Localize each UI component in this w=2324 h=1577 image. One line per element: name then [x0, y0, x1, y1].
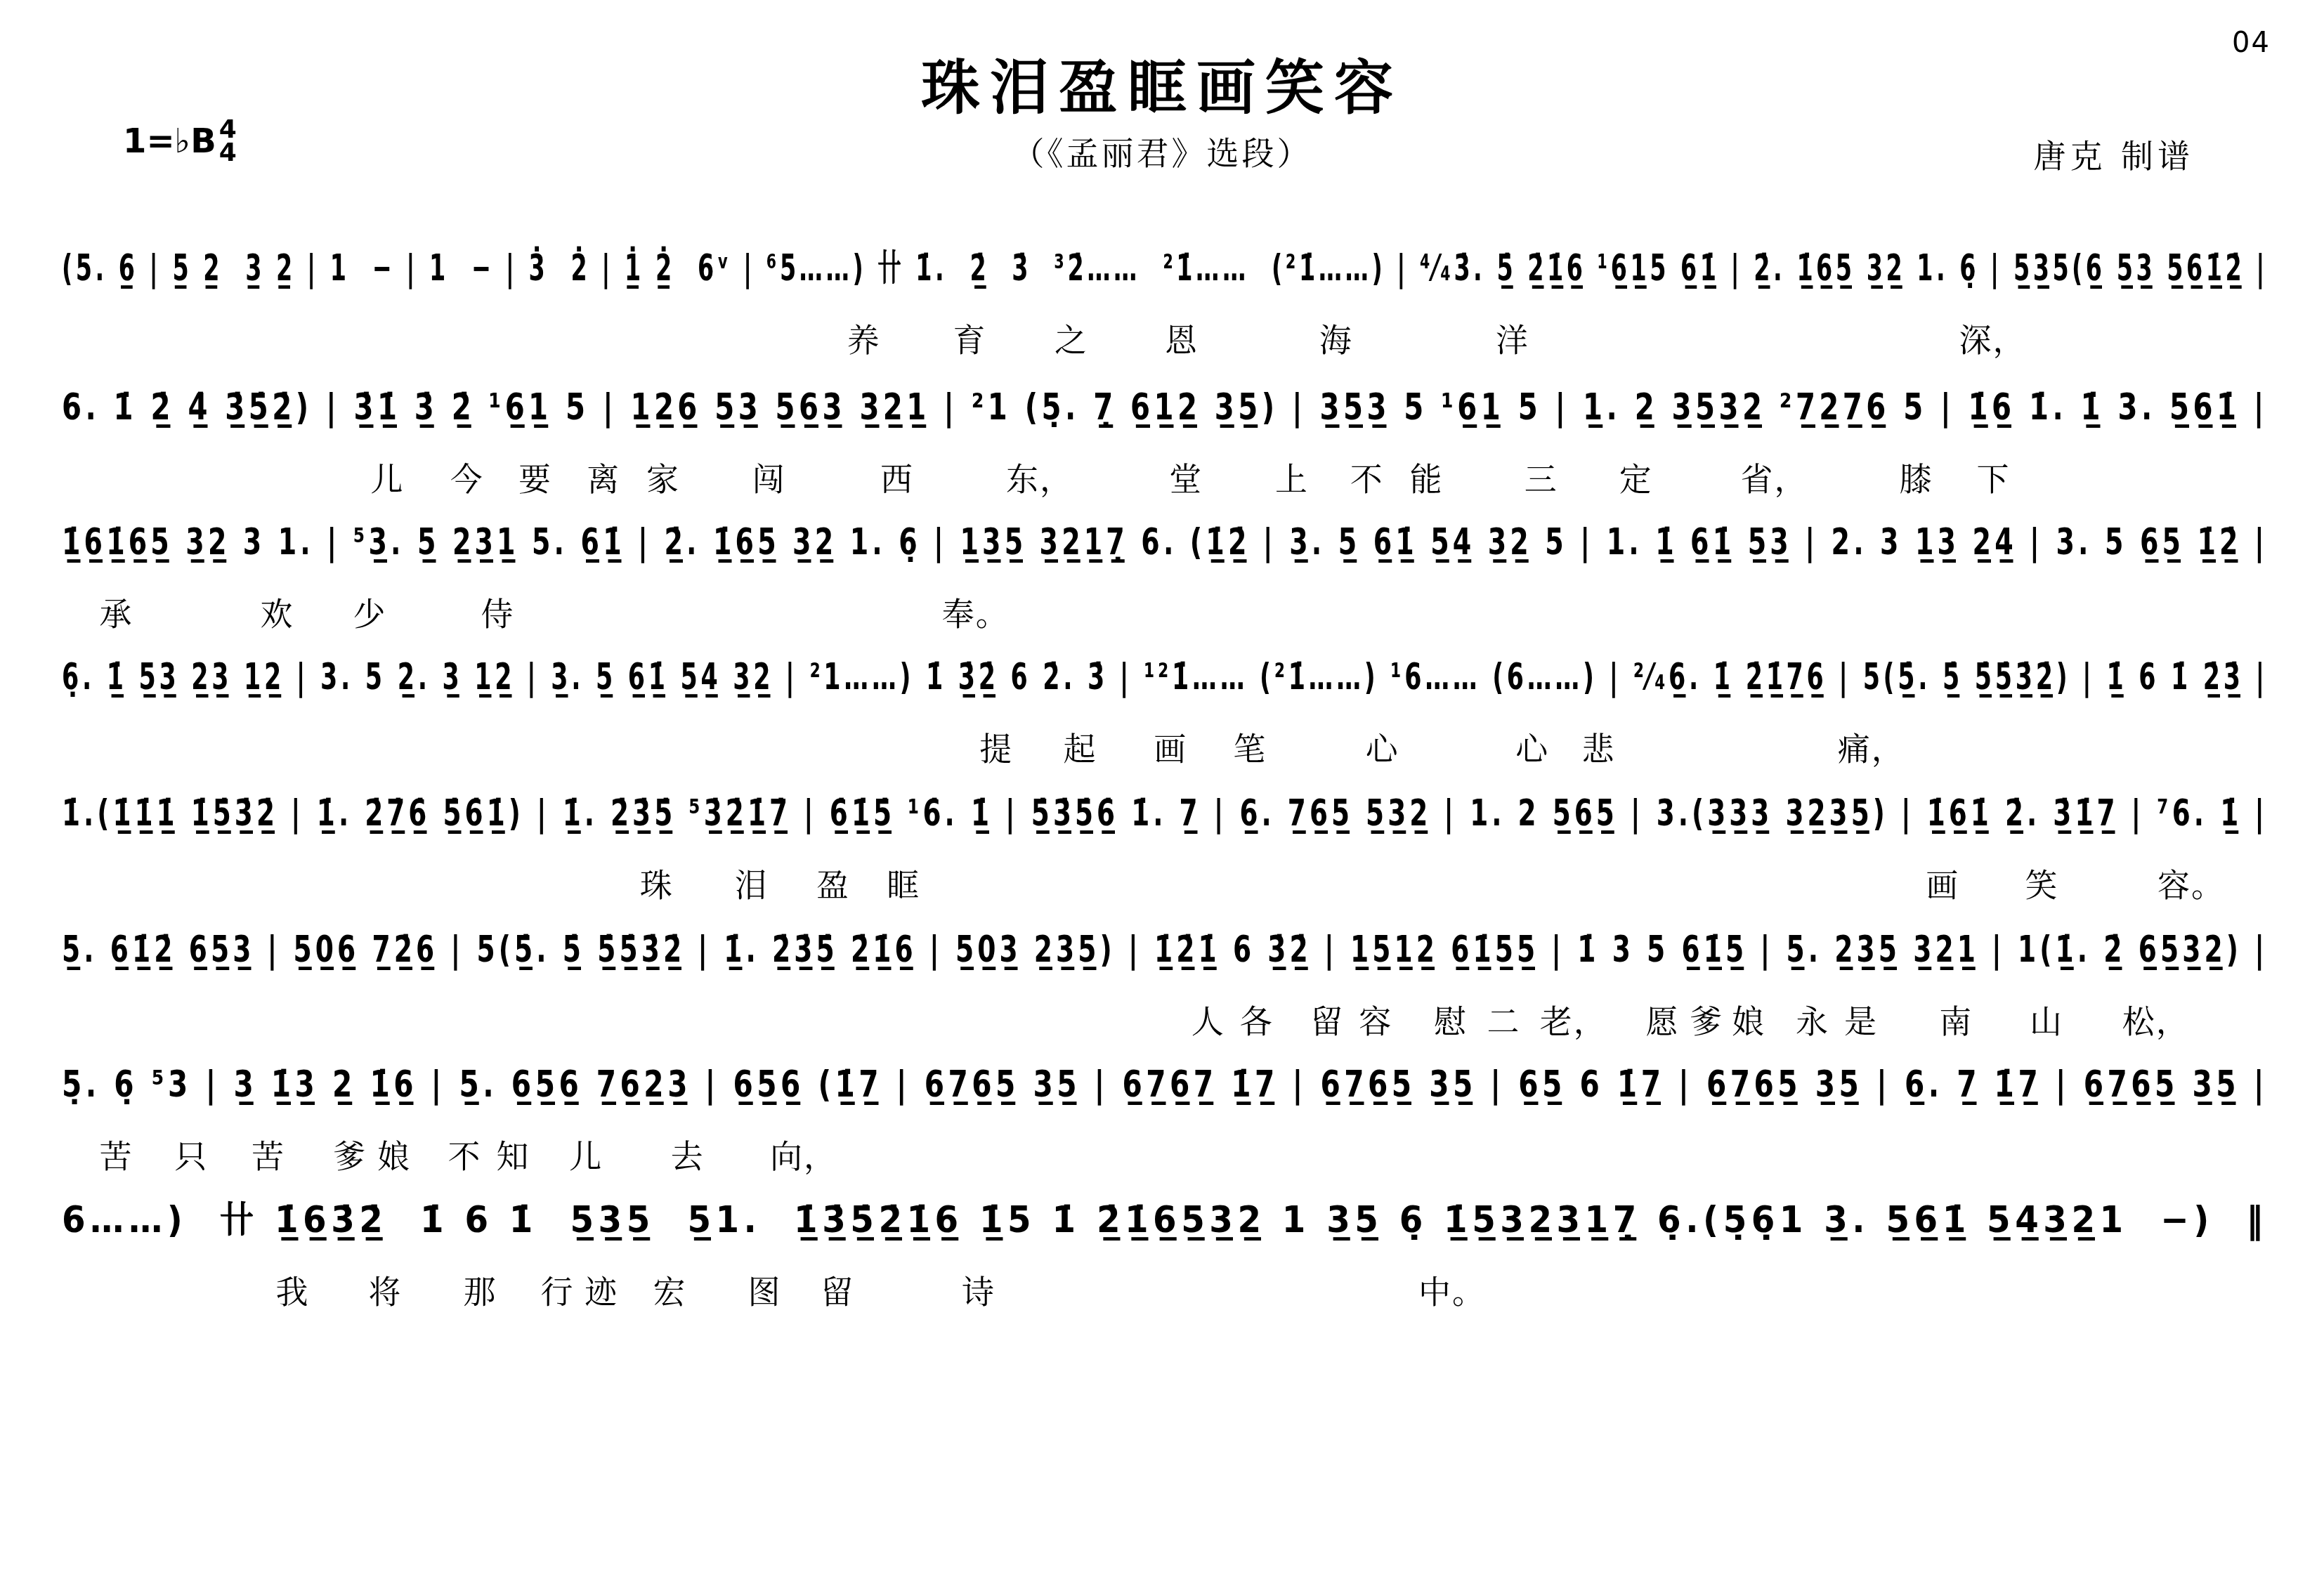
lyric-syllable: 今 — [450, 454, 484, 500]
notation-line-6: 5̲. 6̲1̲̇2̲̇ 6̲5̲3̲ | 5̲0̲6̲ 7̲2̲̇6̲ | 5… — [62, 927, 2268, 973]
lyric-syllable: 只 — [174, 1131, 208, 1177]
lyric-syllable: 悲 — [1581, 724, 1615, 770]
lyric-syllable: 宏 — [653, 1267, 687, 1313]
lyric-syllable: 心 — [1366, 724, 1399, 770]
lyric-syllable: 省， — [1741, 454, 1808, 500]
lyric-syllable: 留 — [821, 1267, 854, 1313]
lyric-syllable: 慰 — [1434, 996, 1468, 1042]
lyrics-line-2: 儿今要离家闯西东，堂上不能三定省，膝下 — [62, 454, 2268, 499]
lyric-syllable: 欢 — [261, 589, 294, 635]
lyric-syllable: 不 — [448, 1131, 482, 1177]
lyric-syllable: 上 — [1275, 454, 1309, 500]
lyric-syllable: 爹 — [333, 1131, 367, 1177]
notation-line-2: 6. 1̇ 2̲̇ 4̲̇ 3̲̇5̲̇2̲̇) | 3̲̇1̲̇ 3̲̇ 2̲… — [62, 385, 2268, 431]
lyric-syllable: 老， — [1540, 996, 1607, 1042]
lyrics-line-1: 养育之恩海洋深， — [62, 315, 2268, 360]
notation-line-8: 6……) 卄 1̲̇6̲3̲̇2̲̇ 1̇ 6 1̇ 5̲3̲5̲ 5̲1. 1… — [62, 1198, 2268, 1243]
time-signature-bottom: 4 — [219, 141, 237, 164]
lyric-syllable: 堂 — [1169, 454, 1203, 500]
lyric-syllable: 向， — [770, 1131, 837, 1177]
system-8: 6……) 卄 1̲̇6̲3̲̇2̲̇ 1̇ 6 1̇ 5̲3̲5̲ 5̲1. 1… — [62, 1198, 2268, 1335]
lyric-syllable: 珠 — [640, 860, 674, 906]
lyric-syllable: 去 — [671, 1131, 705, 1177]
lyric-syllable: 膝 — [1900, 454, 1933, 500]
notation-line-1: (5. 6̲ | 5̲ 2̲ 3̲ 2̲ | 1 − | 1 − | 3̇ 2̇… — [62, 246, 2268, 292]
lyric-syllable: 洋 — [1496, 315, 1529, 361]
lyric-syllable: 离 — [587, 454, 620, 500]
lyric-syllable: 容 — [1359, 996, 1392, 1042]
lyric-syllable: 中。 — [1418, 1267, 1486, 1313]
lyric-syllable: 育 — [953, 315, 987, 361]
lyric-syllable: 眶 — [887, 860, 920, 906]
lyric-syllable: 儿 — [569, 1131, 603, 1177]
lyric-syllable: 痛， — [1838, 724, 1905, 770]
lyrics-line-3: 承欢少侍奉。 — [62, 589, 2268, 634]
lyric-syllable: 笑 — [2025, 860, 2059, 906]
lyric-syllable: 起 — [1064, 724, 1097, 770]
lyric-syllable: 泪 — [735, 860, 769, 906]
lyric-syllable: 那 — [463, 1267, 497, 1313]
lyric-syllable: 人 — [1192, 996, 1225, 1042]
system-5: 1̇.(1̲̇1̲̇1̲̇ 1̲̇5̲̇3̲̇2̲̇ | 1̲̇. 2̲̇7̲̇… — [62, 791, 2268, 928]
lyric-syllable: 盈 — [816, 860, 850, 906]
lyrics-line-6: 人各留容慰二老，愿爹娘永是南山松， — [62, 996, 2268, 1041]
lyric-syllable: 爹 — [1690, 996, 1723, 1042]
lyric-syllable: 二 — [1487, 996, 1520, 1042]
lyric-syllable: 娘 — [1732, 996, 1765, 1042]
lyric-syllable: 侍 — [481, 589, 515, 635]
lyric-syllable: 东， — [1006, 454, 1073, 500]
lyric-syllable: 松， — [2122, 996, 2190, 1042]
lyric-syllable: 深， — [1959, 315, 2026, 361]
lyric-syllable: 各 — [1240, 996, 1274, 1042]
notation-line-3: 1̲̇6̲1̲̇6̲5̲ 3̲2̲ 3 1. | ⁵3̲. 5̲ 2̲3̲1̲ … — [62, 520, 2268, 565]
time-signature: 4 4 — [219, 118, 237, 164]
score-subtitle: （《孟丽君》选段） — [0, 128, 2324, 174]
notation-line-5: 1̇.(1̲̇1̲̇1̲̇ 1̲̇5̲̇3̲̇2̲̇ | 1̲̇. 2̲̇7̲̇… — [62, 791, 2268, 837]
lyric-syllable: 奉。 — [942, 589, 1010, 635]
lyric-syllable: 定 — [1619, 454, 1653, 500]
lyric-syllable: 西 — [880, 454, 914, 500]
lyric-syllable: 娘 — [377, 1131, 411, 1177]
lyric-syllable: 下 — [1977, 454, 2011, 500]
lyric-syllable: 知 — [497, 1131, 530, 1177]
lyric-syllable: 海 — [1319, 315, 1353, 361]
system-3: 1̲̇6̲1̲̇6̲5̲ 3̲2̲ 3 1. | ⁵3̲. 5̲ 2̲3̲1̲ … — [62, 520, 2268, 657]
lyric-syllable: 心 — [1515, 724, 1549, 770]
lyric-syllable: 之 — [1055, 315, 1088, 361]
lyric-syllable: 画 — [1154, 724, 1187, 770]
lyric-syllable: 诗 — [962, 1267, 995, 1313]
system-1: (5. 6̲ | 5̲ 2̲ 3̲ 2̲ | 1 − | 1 − | 3̇ 2̇… — [62, 246, 2268, 383]
lyric-syllable: 笔 — [1233, 724, 1267, 770]
lyric-syllable: 画 — [1926, 860, 1959, 906]
lyric-syllable: 承 — [99, 589, 133, 635]
lyric-syllable: 将 — [368, 1267, 402, 1313]
lyric-syllable: 是 — [1844, 996, 1878, 1042]
lyric-syllable: 留 — [1310, 996, 1344, 1042]
lyric-syllable: 永 — [1796, 996, 1829, 1042]
lyric-syllable: 我 — [276, 1267, 310, 1313]
key-label: 1=♭B — [123, 122, 216, 161]
lyric-syllable: 提 — [979, 724, 1013, 770]
notation-line-4: 6̣. 1̲̇ 5̲3̲ 2̲3̲ 1̲2̲ | 3. 5 2̲. 3̲ 1̲2… — [62, 655, 2268, 700]
lyric-syllable: 不 — [1350, 454, 1384, 500]
lyric-syllable: 家 — [646, 454, 680, 500]
lyric-syllable: 行 — [540, 1267, 574, 1313]
lyric-syllable: 容。 — [2157, 860, 2225, 906]
lyrics-line-4: 提起画笔心心悲痛， — [62, 724, 2268, 768]
lyric-syllable: 闯 — [752, 454, 786, 500]
lyric-syllable: 图 — [748, 1267, 782, 1313]
lyric-syllable: 三 — [1525, 454, 1558, 500]
lyric-syllable: 山 — [2030, 996, 2063, 1042]
lyric-syllable: 愿 — [1646, 996, 1680, 1042]
key-signature: 1=♭B 4 4 — [123, 118, 237, 164]
lyric-syllable: 恩 — [1165, 315, 1199, 361]
lyric-syllable: 少 — [353, 589, 386, 635]
notation-line-7: 5̣. 6̣ ⁵3 | 3̲ 1̲̇3̲ 2̲ 1̲̇6̲ | 5̲. 6̲5̲… — [62, 1062, 2268, 1108]
lyric-syllable: 能 — [1410, 454, 1444, 500]
system-6: 5̲. 6̲1̲̇2̲̇ 6̲5̲3̲ | 5̲0̲6̲ 7̲2̲̇6̲ | 5… — [62, 927, 2268, 1064]
lyric-syllable: 要 — [518, 454, 552, 500]
lyric-syllable: 儿 — [371, 454, 405, 500]
lyric-syllable: 迹 — [585, 1267, 618, 1313]
lyric-syllable: 苦 — [99, 1131, 133, 1177]
lyrics-line-7: 苦只苦爹娘不知儿去向， — [62, 1131, 2268, 1176]
composer-credit: 唐克 制谱 — [2033, 131, 2194, 177]
system-4: 6̣. 1̲̇ 5̲3̲ 2̲3̲ 1̲2̲ | 3. 5 2̲. 3̲ 1̲2… — [62, 655, 2268, 792]
lyric-syllable: 南 — [1939, 996, 1973, 1042]
score-page: 04 珠泪盈眶画笑容 （《孟丽君》选段） 唐克 制谱 1=♭B 4 4 (5. … — [0, 0, 2324, 1577]
system-7: 5̣. 6̣ ⁵3 | 3̲ 1̲̇3̲ 2̲ 1̲̇6̲ | 5̲. 6̲5̲… — [62, 1062, 2268, 1199]
lyric-syllable: 养 — [847, 315, 881, 361]
lyrics-line-5: 珠泪盈眶画笑容。 — [62, 860, 2268, 905]
score-title: 珠泪盈眶画笑容 — [0, 41, 2324, 126]
lyrics-line-8: 我将那行迹宏图留诗中。 — [62, 1267, 2268, 1311]
system-2: 6. 1̇ 2̲̇ 4̲̇ 3̲̇5̲̇2̲̇) | 3̲̇1̲̇ 3̲̇ 2̲… — [62, 385, 2268, 522]
lyric-syllable: 苦 — [252, 1131, 285, 1177]
